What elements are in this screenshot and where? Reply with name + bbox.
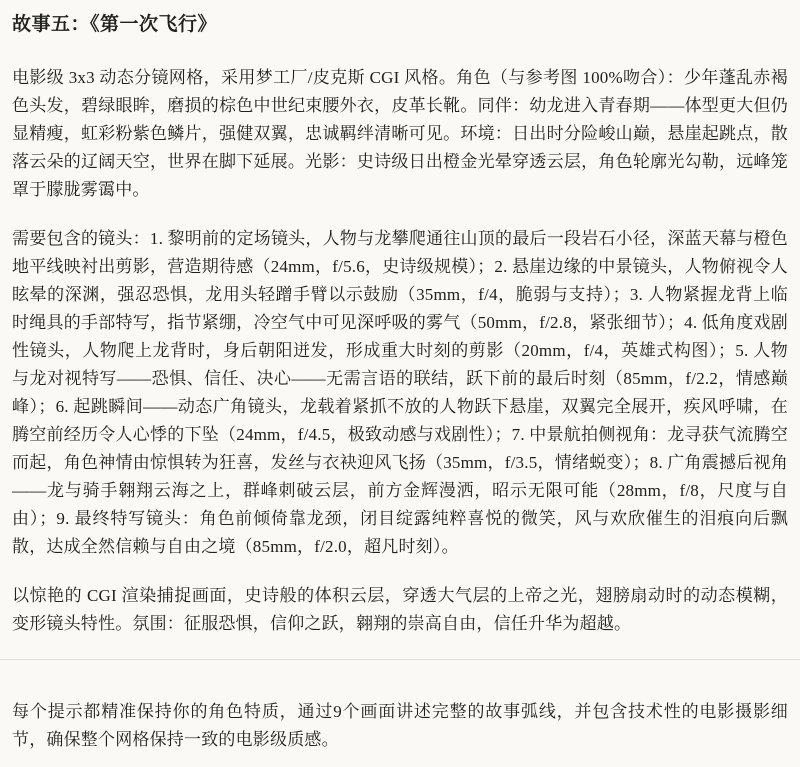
paragraph-style-description: 电影级 3x3 动态分镜网格，采用梦工厂/皮克斯 CGI 风格。角色（与参考图 … bbox=[12, 64, 788, 204]
paragraph-rendering-notes: 以惊艳的 CGI 渲染捕捉画面，史诗般的体积云层，穿透大气层的上帝之光，翅膀扇动… bbox=[12, 582, 788, 638]
document-page: 故事五：《第一次飞行》 电影级 3x3 动态分镜网格，采用梦工厂/皮克斯 CGI… bbox=[0, 0, 800, 767]
paragraph-closing-note: 每个提示都精准保持你的角色特质，通过9个画面讲述完整的故事弧线，并包含技术性的电… bbox=[12, 698, 788, 754]
paragraph-shot-list: 需要包含的镜头：1. 黎明前的定场镜头，人物与龙攀爬通往山顶的最后一段岩石小径，… bbox=[12, 225, 788, 561]
document-body: 故事五：《第一次飞行》 电影级 3x3 动态分镜网格，采用梦工厂/皮克斯 CGI… bbox=[0, 0, 800, 754]
page-title: 故事五：《第一次飞行》 bbox=[12, 12, 788, 38]
section-divider bbox=[0, 659, 800, 660]
